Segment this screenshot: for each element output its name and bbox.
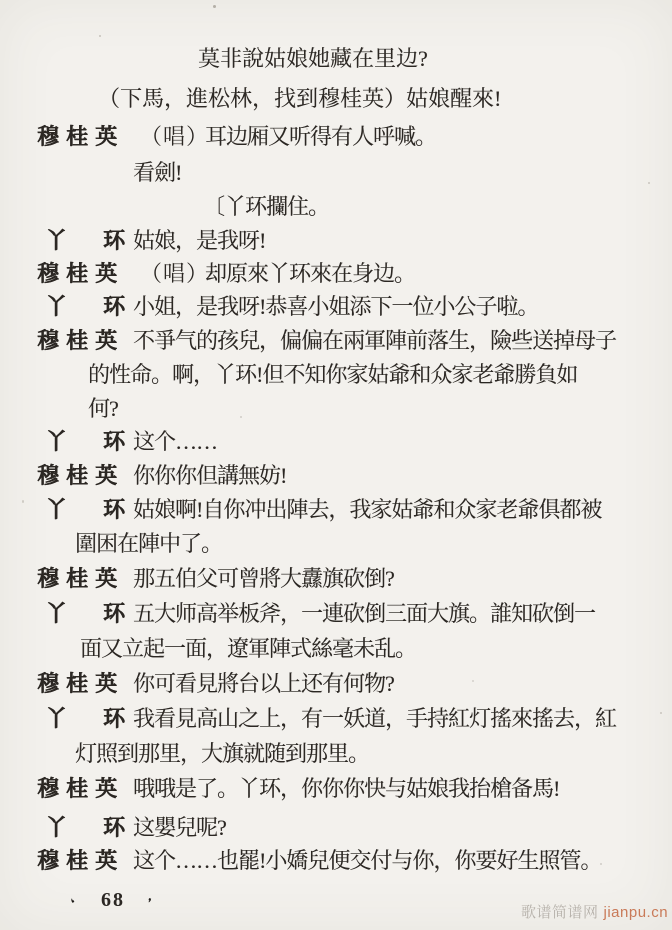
paper-speck: [22, 500, 24, 503]
speaker-name: 穆桂英: [37, 122, 124, 152]
inner-stage-text: 〔丫环攔住。: [203, 192, 329, 222]
speaker-name: 穆桂英: [37, 326, 124, 356]
dialogue-row: 丫 环 姑娘啊!自你冲出陣去，我家姑爺和众家老爺俱都被: [0, 495, 672, 525]
dialogue-row: 穆桂英 那五伯父可曾將大纛旗砍倒?: [0, 564, 672, 594]
verse-line: 莫非說姑娘她藏在里边?: [0, 44, 672, 74]
stage-direction: （下馬，進松林，找到穆桂英）姑娘醒來!: [0, 84, 672, 114]
dialogue-text: 五大师高举板斧，一連砍倒三面大旗。誰知砍倒一: [133, 599, 595, 629]
speaker-name: 丫 环: [45, 495, 132, 525]
paper-speck: [472, 680, 474, 682]
speaker-name: 穆桂英: [37, 461, 124, 491]
speaker-name: 丫 环: [45, 704, 132, 734]
dialogue-text: 姑娘，是我呀!: [133, 226, 265, 256]
dialogue-row: 穆桂英 （唱） 耳边厢又听得有人呼喊。: [0, 122, 672, 152]
dialogue-text: 这嬰兒呢?: [133, 813, 226, 843]
page-number-ornament: ❛: [69, 896, 80, 911]
page-number: 68: [101, 889, 125, 912]
watermark: 歌谱简谱网jianpu.cn: [521, 901, 668, 922]
continuation-text: 何?: [88, 394, 118, 424]
speaker-name: 穆桂英: [37, 846, 124, 876]
dialogue-row: 丫 环 这个……: [0, 427, 672, 457]
dialogue-text: 哦哦是了。丫环，你你你快与姑娘我抬槍备馬!: [133, 774, 559, 804]
dialogue-row: 穆桂英 这个……也罷!小嬌兒便交付与你，你要好生照管。: [0, 846, 672, 876]
speaker-name: 穆桂英: [37, 259, 124, 289]
dialogue-row: 丫 环 这嬰兒呢?: [0, 813, 672, 843]
dialogue-row: 丫 环 姑娘，是我呀!: [0, 226, 672, 256]
continuation-row: 面又立起一面，遼軍陣式絲毫未乱。: [0, 634, 672, 664]
page-number-ornament: ❜: [145, 896, 153, 911]
dialogue-text: 不爭气的孩兒，偏偏在兩軍陣前落生，險些送掉母子: [133, 326, 616, 356]
speaker-name: 丫 环: [45, 226, 132, 256]
speaker-name: 穆桂英: [37, 669, 124, 699]
dialogue-text: 我看見高山之上，有一妖道，手持紅灯搖來搖去，紅: [133, 704, 616, 734]
dialogue-text: 姑娘啊!自你冲出陣去，我家姑爺和众家老爺俱都被: [133, 495, 601, 525]
continuation-row: 灯照到那里，大旗就随到那里。: [0, 739, 672, 769]
paper-speck: [648, 182, 650, 184]
song-tag: （唱）: [140, 122, 209, 152]
dialogue-text: 你你你但講無妨!: [133, 461, 286, 491]
continuation-text: 面又立起一面，遼軍陣式絲毫未乱。: [80, 634, 416, 664]
dialogue-row: 穆桂英 你你你但講無妨!: [0, 461, 672, 491]
dialogue-text: 那五伯父可曾將大纛旗砍倒?: [133, 564, 394, 594]
paper-speck: [213, 5, 216, 8]
continuation-row: 圍困在陣中了。: [0, 529, 672, 559]
paper-speck: [240, 416, 242, 418]
continuation-text: 看劍!: [133, 158, 181, 188]
dialogue-text: 这个……也罷!小嬌兒便交付与你，你要好生照管。: [133, 846, 601, 876]
inner-stage-direction: 〔丫环攔住。: [0, 192, 672, 222]
dialogue-row: 丫 环 五大师高举板斧，一連砍倒三面大旗。誰知砍倒一: [0, 599, 672, 629]
speaker-name: 丫 环: [45, 292, 132, 322]
speaker-name: 穆桂英: [37, 564, 124, 594]
speaker-name: 穆桂英: [37, 774, 124, 804]
verse-text: 莫非說姑娘她藏在里边?: [198, 44, 428, 74]
continuation-text: 的性命。啊，丫环!但不知你家姑爺和众家老爺勝負如: [88, 360, 577, 390]
continuation-row: 看劍!: [0, 158, 672, 188]
dialogue-row: 穆桂英 不爭气的孩兒，偏偏在兩軍陣前落生，險些送掉母子: [0, 326, 672, 356]
speaker-name: 丫 环: [45, 813, 132, 843]
scanned-script-page: 莫非說姑娘她藏在里边? （下馬，進松林，找到穆桂英）姑娘醒來! 穆桂英 （唱） …: [0, 0, 672, 930]
paper-speck: [600, 863, 602, 865]
dialogue-text: 耳边厢又听得有人呼喊。: [205, 122, 436, 152]
speaker-name: 丫 环: [45, 427, 132, 457]
continuation-text: 圍困在陣中了。: [75, 529, 222, 559]
paper-speck: [306, 128, 308, 130]
paper-speck: [99, 35, 101, 37]
speaker-name: 丫 环: [45, 599, 132, 629]
watermark-site-name: 歌谱简谱网: [521, 904, 599, 921]
dialogue-text: 却原來丫环來在身边。: [205, 259, 415, 289]
dialogue-row: 穆桂英 哦哦是了。丫环，你你你快与姑娘我抬槍备馬!: [0, 774, 672, 804]
dialogue-text: 小姐，是我呀!恭喜小姐添下一位小公子啦。: [133, 292, 538, 322]
stage-direction-text: （下馬，進松林，找到穆桂英）姑娘醒來!: [98, 84, 501, 114]
paper-speck: [660, 712, 662, 714]
dialogue-text: 你可看見將台以上还有何物?: [133, 669, 394, 699]
continuation-row: 的性命。啊，丫环!但不知你家姑爺和众家老爺勝負如: [0, 360, 672, 390]
watermark-site-url: jianpu.cn: [604, 904, 669, 921]
dialogue-row: 穆桂英 （唱） 却原來丫环來在身边。: [0, 259, 672, 289]
dialogue-row: 穆桂英 你可看見將台以上还有何物?: [0, 669, 672, 699]
dialogue-row: 丫 环 小姐，是我呀!恭喜小姐添下一位小公子啦。: [0, 292, 672, 322]
continuation-row: 何?: [0, 394, 672, 424]
dialogue-text: 这个……: [133, 427, 217, 457]
song-tag: （唱）: [140, 259, 209, 289]
continuation-text: 灯照到那里，大旗就随到那里。: [75, 739, 369, 769]
dialogue-row: 丫 环 我看見高山之上，有一妖道，手持紅灯搖來搖去，紅: [0, 704, 672, 734]
